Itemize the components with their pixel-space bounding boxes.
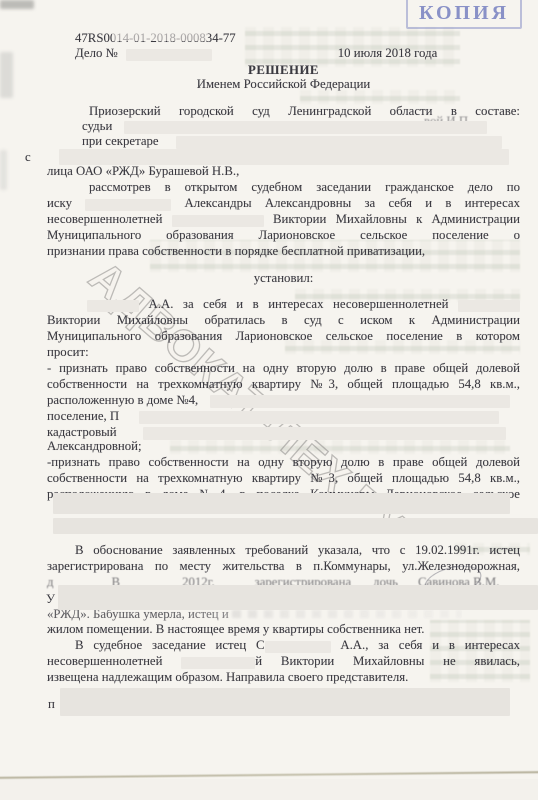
text-run: несовершеннолетней [47,212,172,226]
text-run: Муниципального образования Ларионовское … [47,228,520,242]
text-run: Дело № [75,46,118,60]
text-run: д [47,575,54,589]
scanned-court-decision-page: АДВОКАТ-ЛЕХ.РУ КОПИЯ 47RS0014-01-2018-00… [0,0,538,800]
redaction-box [172,215,264,227]
document-line: А.А. за себя и в интересах несовершеннол… [47,297,520,312]
text-run: Приозерский городской суд Ленинградской … [89,104,520,118]
text-run: Именем Российской Федерации [197,77,371,91]
redaction-box [85,199,171,211]
copy-stamp-label: КОПИЯ [419,2,509,27]
text-run: извещена надлежащим образом. Направила с… [47,670,408,684]
text-run: й Виктории Михайловны не явилась, [255,654,520,668]
scan-artifact [0,0,34,9]
text-run: рассмотрев в открытом судебном заседании… [89,180,520,194]
text-run: поселение, П [47,409,119,423]
redaction-box [126,49,212,61]
document-line: собственности на трехкомнатную квартиру … [47,471,520,486]
text-run: собственности на трехкомнатную квартиру … [47,471,520,485]
document-line: поселение, П [47,409,499,424]
document-line: Именем Российской Федерации [47,77,520,92]
text-run: РЕШЕНИЕ [248,63,319,77]
redaction-block [58,585,538,610]
document-line: РЕШЕНИЕ [47,63,520,78]
redaction-box [458,300,520,312]
text-run: -признать право собственности на одну вт… [47,455,520,469]
document-line: несовершеннолетней Виктории Михайловны к… [47,212,520,227]
redaction-box [265,641,331,653]
text-run: расположенную в доме №4, [47,393,198,407]
text-run: жилом помещении. В настоящее время у ква… [47,622,424,636]
text-run: кадастровый [47,425,117,439]
document-line: жилом помещении. В настоящее время у ква… [47,622,424,637]
text-run: В обоснование заявленных требований указ… [75,543,520,557]
document-line: иску Александры Александровны за себя и … [47,196,520,211]
redaction-box [139,411,499,424]
document-line: Дело №10 июля 2018 года [75,46,437,61]
text-run: лица ОАО «РЖД» Бурашевой Н.В., [47,164,239,178]
document-line: п [48,697,55,712]
redaction-block [53,518,538,534]
text-run: с [25,150,31,164]
document-line: с [25,148,509,163]
text-run: установил: [254,271,314,285]
document-line: кадастровый [47,425,506,440]
document-line: несовершеннолетней й Виктории Михайловны… [47,654,520,669]
scan-artifact [112,30,208,41]
redaction-box [181,657,255,669]
document-line: извещена надлежащим образом. Направила с… [47,670,408,685]
redaction-box [87,300,139,312]
document-line: рассмотрев в открытом судебном заседании… [47,180,520,195]
text-run: иску [47,196,85,210]
scan-artifact [0,52,13,98]
document-line: - признать право собственности на одну в… [47,361,520,376]
text-run: Муниципального образования Ларионовское … [47,329,520,343]
redaction-box [59,149,509,165]
document-line: Приозерский городской суд Ленинградской … [47,104,520,119]
text-run: 10 июля 2018 года [338,46,438,60]
scan-artifact [0,779,538,800]
stray-text-fragment: У [46,592,55,607]
text-run: собственности на трехкомнатную квартиру … [47,377,520,391]
redaction-block [60,688,510,716]
document-line: собственности на трехкомнатную квартиру … [47,377,520,392]
text-run: А.А., за себя и в интересах [331,638,520,652]
page-edge-line [0,771,538,779]
redaction-block [53,493,510,514]
text-run: несовершеннолетней [47,654,181,668]
text-run: Александровной; [47,439,142,453]
document-line: Александровной; [47,439,142,454]
document-line: В судебное заседание истец С А.А., за се… [47,638,520,653]
document-line: В обоснование заявленных требований указ… [47,543,520,558]
document-line: лица ОАО «РЖД» Бурашевой Н.В., [47,164,239,179]
text-run: признании права собственности в порядке … [47,244,425,258]
text-run: Александры Александровны за себя и в инт… [171,196,520,210]
text-run: Виктории Михайловны обратилась в суд с и… [47,313,520,327]
document-line: судьи [82,119,487,134]
copy-stamp: КОПИЯ [406,0,522,29]
document-line: при секретаре [82,134,502,149]
bleed-through-patch [300,90,460,104]
text-run: А.А. за себя и в интересах несовершеннол… [139,297,458,311]
text-run: - признать право собственности на одну в… [47,361,520,375]
document-line: расположенную в доме №4, [47,393,510,408]
document-line: просит: [47,345,89,360]
document-line: установил: [47,271,520,286]
document-line: -признать право собственности на одну вт… [47,455,520,470]
redaction-box [210,395,510,408]
document-line: Виктории Михайловны обратилась в суд с и… [47,313,520,328]
text-run: судьи [82,119,112,133]
text-run: Виктории Михайловны к Администрации [264,212,520,226]
document-line: Муниципального образования Ларионовское … [47,329,520,344]
document-line: признании права собственности в порядке … [47,244,425,259]
redaction-box [143,427,506,440]
text-run: В судебное заседание истец С [75,638,265,652]
text-run: п [48,697,55,711]
document-line: Муниципального образования Ларионовское … [47,228,520,243]
scan-artifact [0,150,7,190]
redaction-box [124,121,487,134]
text-run: просит: [47,345,89,359]
text-run: при секретаре [82,134,159,148]
illegible-faded-text [232,610,462,618]
